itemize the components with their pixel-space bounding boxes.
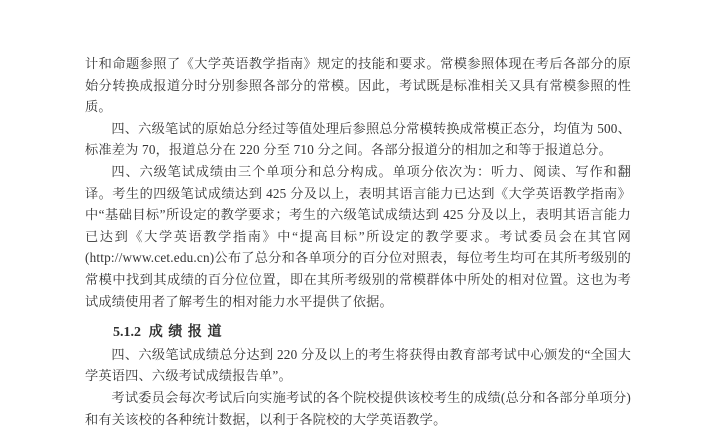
section-heading: 5.1.2成绩报道 [85, 322, 631, 344]
document-page: 计和命题参照了《大学英语教学指南》规定的技能和要求。常模参照体现在考后各部分的原… [0, 0, 716, 435]
paragraph-norm-reference: 计和命题参照了《大学英语教学指南》规定的技能和要求。常模参照体现在考后各部分的原… [85, 53, 631, 118]
paragraph-school-statistics: 考试委员会每次考试后向实施考试的各个院校提供该校考生的成绩(总分和各部分单项分)… [85, 387, 631, 430]
paragraph-score-scaling: 四、六级笔试的原始总分经过等值处理后参照总分常模转换成常模正态分，均值为 500… [85, 118, 631, 161]
paragraph-score-report: 四、六级笔试成绩总分达到 220 分及以上的考生将获得由教育部考试中心颁发的“全… [85, 344, 631, 387]
paragraph-score-composition: 四、六级笔试成绩由三个单项分和总分构成。单项分依次为：听力、阅读、写作和翻译。考… [85, 161, 631, 312]
section-title: 成绩报道 [149, 325, 227, 340]
section-number: 5.1.2 [113, 325, 141, 340]
